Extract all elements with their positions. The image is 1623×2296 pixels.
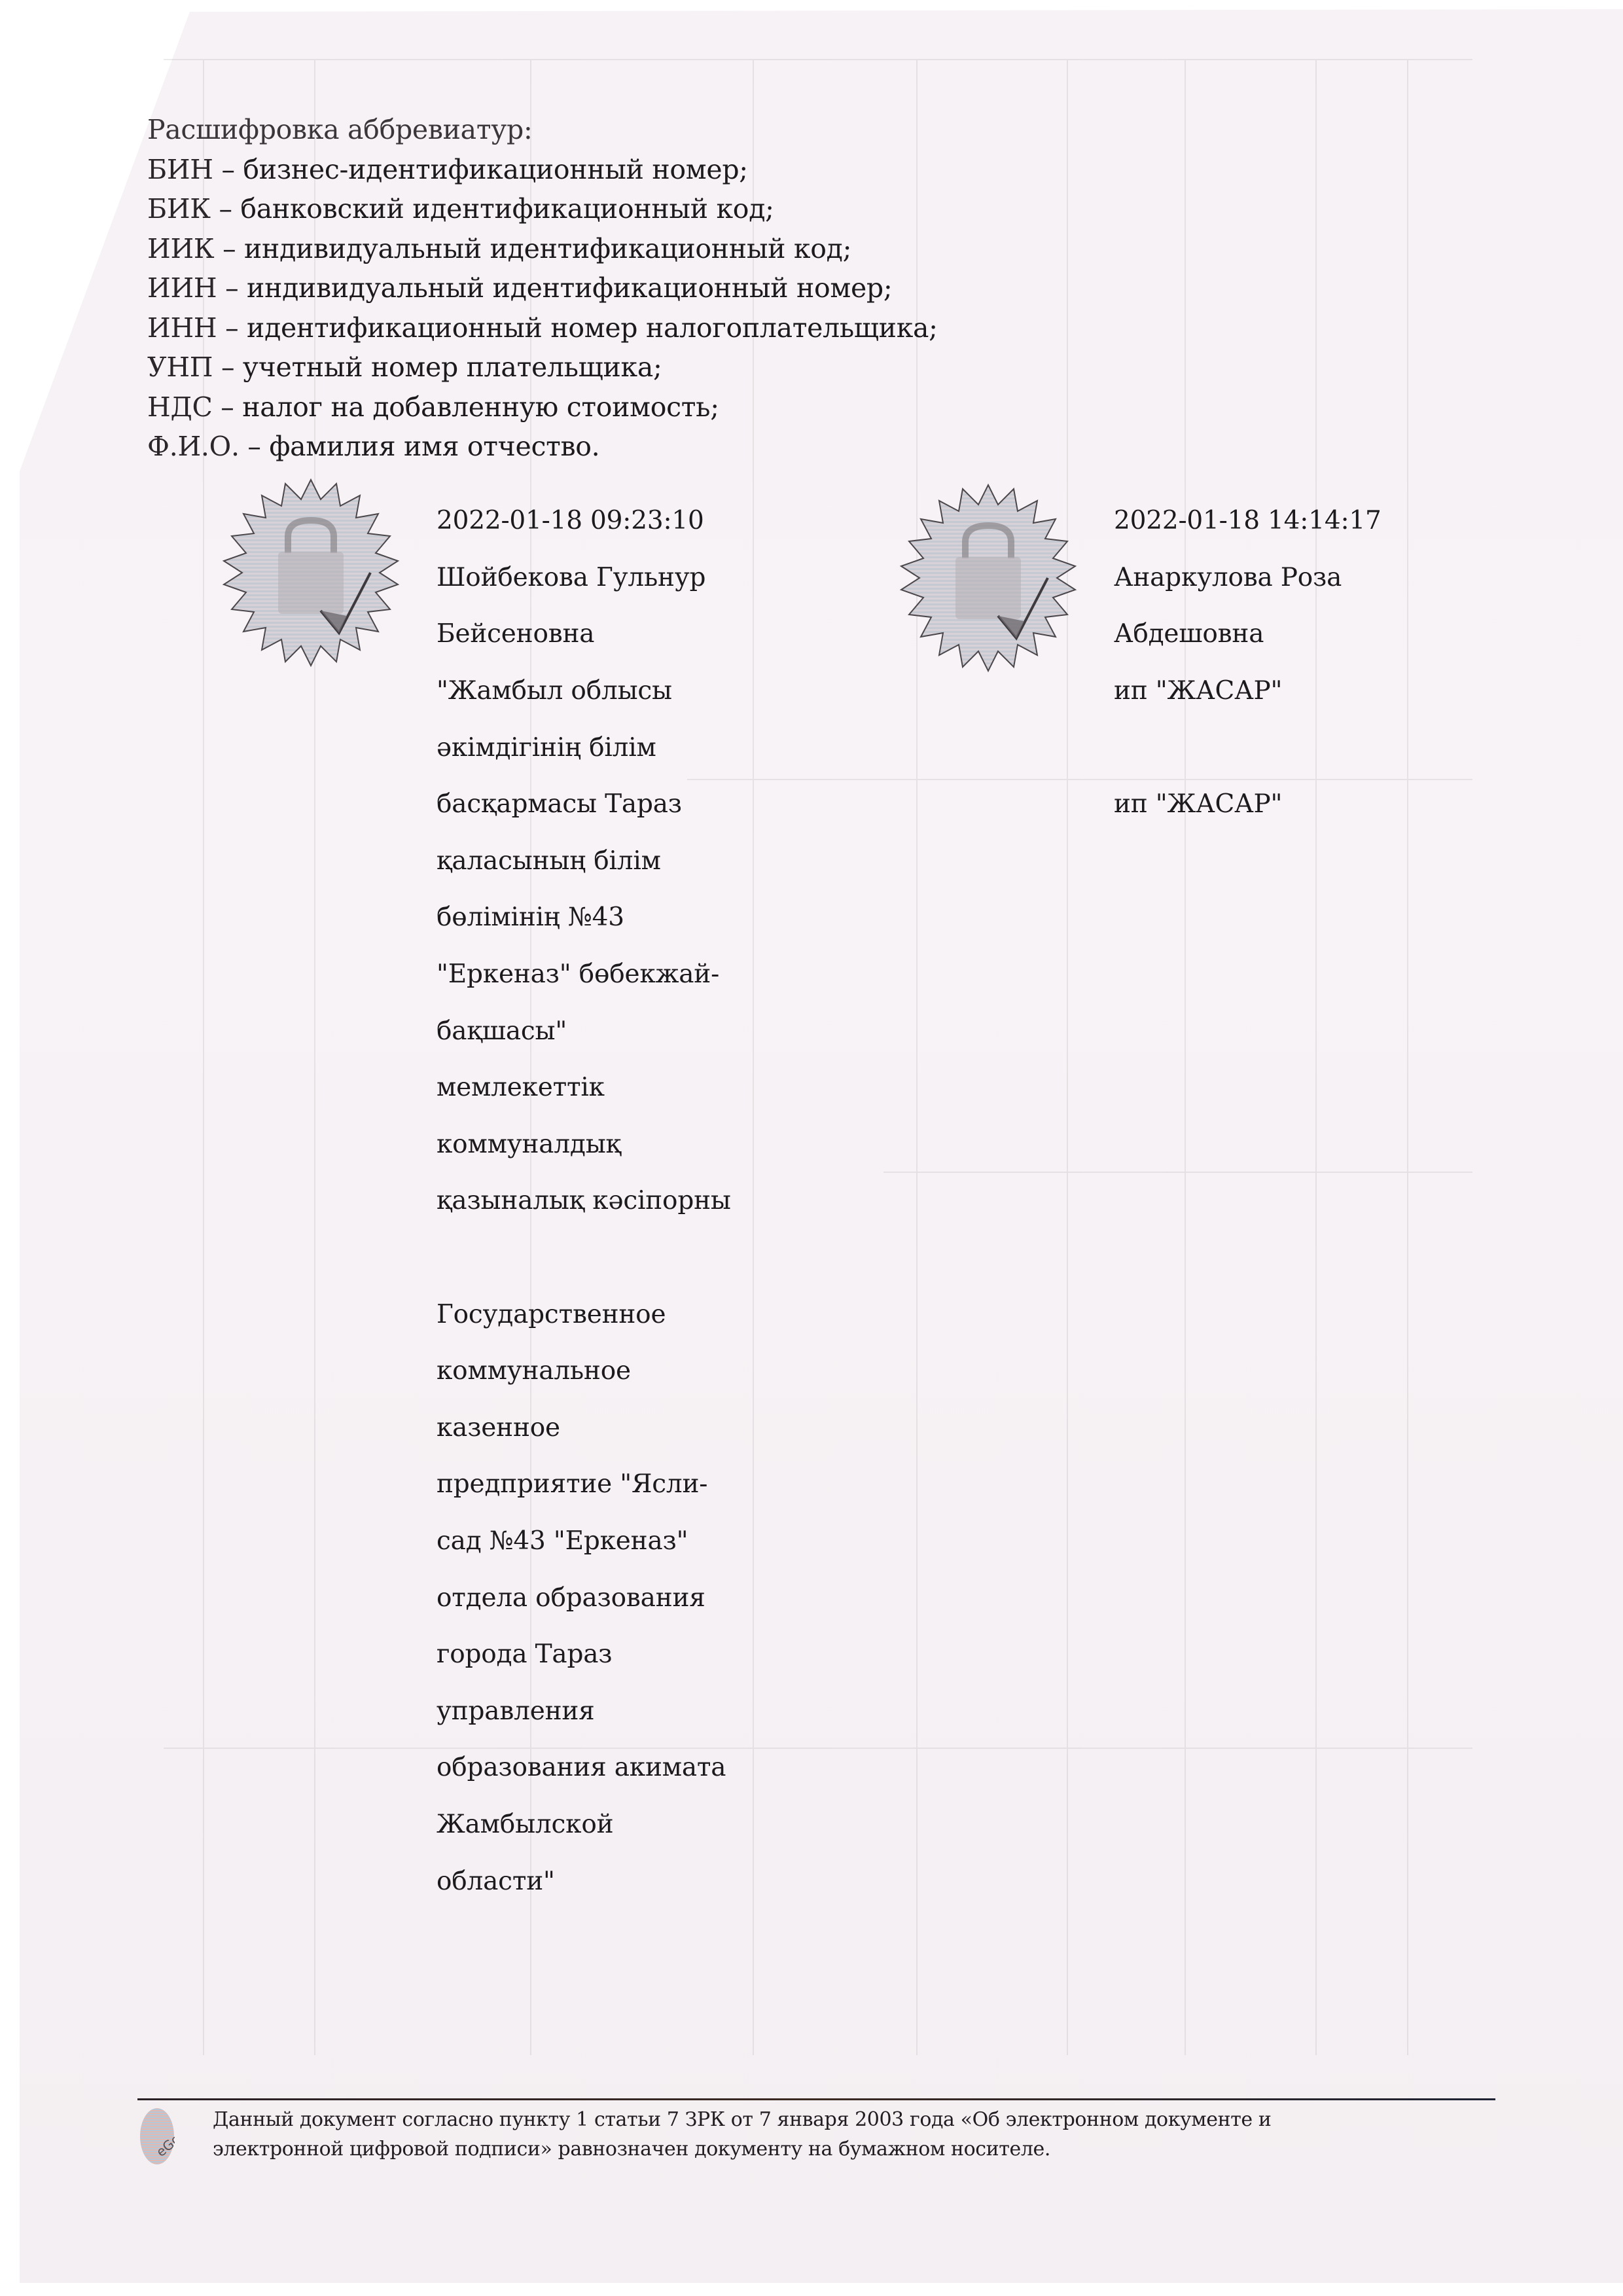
organization-ru-line: отдела образования: [437, 1584, 803, 1612]
organization-ru-line: Жамбылской: [437, 1810, 803, 1839]
signer-name: Анаркулова Роза: [1114, 564, 1480, 592]
signature-details: 2022-01-18 09:23:10 Шойбекова Гульнур Бе…: [437, 478, 803, 1924]
organization-kz-line: қазыналық кәсіпорны: [437, 1187, 803, 1215]
abbreviation-row: ИНН – идентификационный номер налогоплат…: [147, 308, 938, 348]
abbreviation-key: НДС: [147, 391, 213, 423]
footer-line-2: электронной цифровой подписи» равнозначе…: [213, 2134, 1271, 2164]
digital-signature-seal-icon: [216, 475, 406, 671]
abbreviation-key: БИН: [147, 154, 213, 185]
organization-ru-line: области": [437, 1867, 803, 1895]
abbreviations-title: Расшифровка аббревиатур:: [147, 110, 938, 150]
abbreviation-definition: – индивидуальный идентификационный номер…: [217, 272, 892, 304]
signature-timestamp: 2022-01-18 09:23:10: [437, 507, 803, 535]
organization-kz-line: бөлімінің №43: [437, 903, 803, 931]
abbreviation-definition: – фамилия имя отчество.: [240, 431, 600, 462]
organization-ru-line: образования акимата: [437, 1753, 803, 1782]
organization-kz-line: әкімдігінің білім: [437, 734, 803, 762]
e-document-logo-icon: eGov: [139, 2108, 175, 2165]
signer-patronymic: Бейсеновна: [437, 620, 803, 648]
spacer: [1114, 734, 1480, 762]
abbreviation-key: ИИН: [147, 272, 217, 304]
digital-signature-seal-icon: [893, 480, 1083, 676]
abbreviation-key: БИК: [147, 193, 211, 224]
abbreviation-row: УНП – учетный номер плательщика;: [147, 348, 938, 387]
organization-ru-line: предприятие "Ясли-: [437, 1470, 803, 1498]
abbreviation-definition: – идентификационный номер налогоплательщ…: [217, 312, 937, 344]
signature-timestamp: 2022-01-18 14:14:17: [1114, 507, 1480, 535]
organization-ru-line: ип "ЖАСАР": [1114, 790, 1480, 818]
abbreviation-key: Ф.И.О.: [147, 431, 240, 462]
organization-kz-line: "Жамбыл облысы: [437, 677, 803, 705]
abbreviation-key: УНП: [147, 351, 213, 383]
organization-ru-line: города Тараз: [437, 1640, 803, 1668]
abbreviation-row: БИН – бизнес-идентификационный номер;: [147, 150, 938, 190]
abbreviation-key: ИИК: [147, 233, 214, 264]
organization-ru-line: Государственное: [437, 1300, 803, 1329]
abbreviation-definition: – бизнес-идентификационный номер;: [213, 154, 748, 185]
abbreviation-row: БИК – банковский идентификационный код;: [147, 189, 938, 229]
organization-kz-line: қаласының білім: [437, 847, 803, 875]
footer-legal-notice: eGov Данный документ согласно пункту 1 с…: [137, 2105, 1512, 2170]
organization-ru-line: коммунальное: [437, 1357, 803, 1385]
abbreviation-row: ИИК – индивидуальный идентификационный к…: [147, 229, 938, 269]
footer-line-1: Данный документ согласно пункту 1 статьи…: [213, 2105, 1271, 2134]
footer-text: Данный документ согласно пункту 1 статьи…: [213, 2105, 1271, 2164]
abbreviation-definition: – индивидуальный идентификационный код;: [214, 233, 851, 264]
organization-kz-line: мемлекеттік: [437, 1073, 803, 1102]
organization-kz-line: "Еркеназ" бөбекжай-: [437, 960, 803, 988]
organization-kz-line: бақшасы": [437, 1017, 803, 1045]
signer-name: Шойбекова Гульнур: [437, 564, 803, 592]
abbreviation-definition: – учетный номер плательщика;: [213, 351, 662, 383]
footer-divider: [137, 2098, 1495, 2100]
signer-patronymic: Абдешовна: [1114, 620, 1480, 648]
abbreviations-block: Расшифровка аббревиатур: БИН – бизнес-ид…: [147, 110, 938, 467]
abbreviation-definition: – банковский идентификационный код;: [211, 193, 774, 224]
spacer: [437, 1244, 803, 1272]
abbreviation-row: ИИН – индивидуальный идентификационный н…: [147, 268, 938, 308]
organization-ru-line: сад №43 "Еркеназ": [437, 1527, 803, 1555]
organization-ru-line: казенное: [437, 1414, 803, 1442]
abbreviation-definition: – налог на добавленную стоимость;: [213, 391, 719, 423]
abbreviation-row: НДС – налог на добавленную стоимость;: [147, 387, 938, 427]
organization-ru-line: управления: [437, 1697, 803, 1725]
abbreviation-row: Ф.И.О. – фамилия имя отчество.: [147, 427, 938, 467]
signature-details: 2022-01-18 14:14:17 Анаркулова Роза Абде…: [1114, 478, 1480, 847]
abbreviation-key: ИНН: [147, 312, 217, 344]
organization-kz-line: басқармасы Тараз: [437, 790, 803, 818]
organization-kz-line: коммуналдық: [437, 1130, 803, 1158]
organization-kz-line: ип "ЖАСАР": [1114, 677, 1480, 705]
